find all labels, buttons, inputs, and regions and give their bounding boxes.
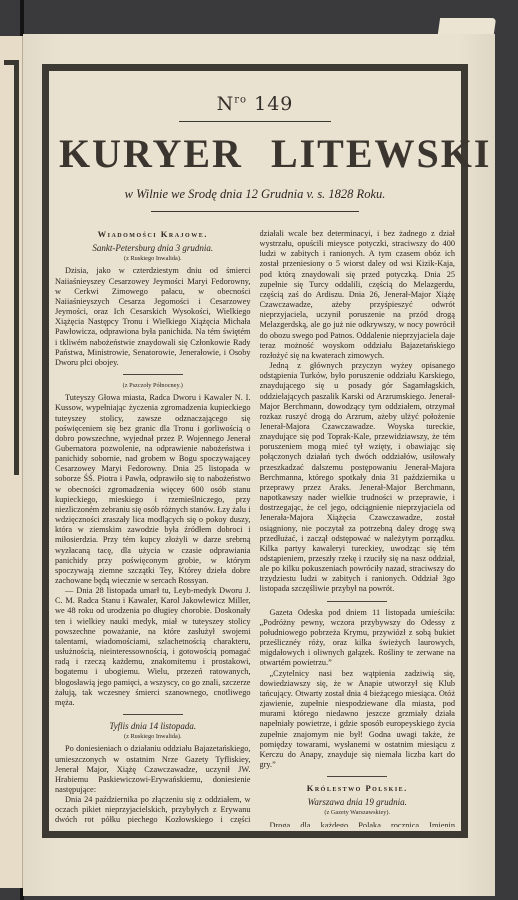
divider-rule xyxy=(327,776,387,777)
article-paragraph: Dnia 24 października po złączeniu się z … xyxy=(55,795,251,827)
text-columns: Wiadomości Krajowe. Sankt-Petersburg dni… xyxy=(55,229,455,827)
article-paragraph: Po doniesieniach o działaniu oddziału Ba… xyxy=(55,744,251,795)
article-paragraph: działali wcale bez determinacyi, i bez ż… xyxy=(260,229,456,361)
section-header: Królestwo Polskie. xyxy=(260,783,456,793)
masthead-word-2: LITEWSKI xyxy=(271,131,492,176)
divider-rule xyxy=(179,121,331,122)
divider-rule xyxy=(123,374,183,375)
masthead-word-1: KURYER xyxy=(59,131,243,176)
article-paragraph: Droga dla każdego Polaka rocznica Imieni… xyxy=(260,821,456,827)
article-paragraph: Jedną z głównych przyczyn wyżey opisaneg… xyxy=(260,361,456,595)
article-paragraph: Gazeta Odeska pod dniem 11 listopada umi… xyxy=(260,608,456,669)
divider-rule xyxy=(327,601,387,602)
masthead-title: KURYERLITEWSKI xyxy=(59,130,451,177)
article-paragraph: Tuteyszy Głowa miasta, Radca Dworu i Kaw… xyxy=(55,393,251,586)
source-note: (z Ruskiego Inwalida). xyxy=(55,732,251,742)
issue-number-value: 149 xyxy=(254,93,293,115)
article-paragraph: — Dnia 28 listopada umarł tu, Leyb-medyk… xyxy=(55,586,251,708)
source-note: (z Pszczoły Północney.) xyxy=(55,381,251,391)
dateline: w Wilnie we Srodę dnia 12 Grudnia v. s. … xyxy=(59,187,451,202)
issue-number-sup: ro xyxy=(234,95,247,106)
left-column: Wiadomości Krajowe. Sankt-Petersburg dni… xyxy=(55,229,251,827)
article-paragraph: Dzisia, jako w czterdziestym dniu od śmi… xyxy=(55,266,251,368)
dateline-place: Tyflis dnia 14 listopada. xyxy=(55,721,251,731)
previous-page-edge xyxy=(0,36,23,888)
previous-page-border xyxy=(4,60,19,475)
source-note: (z Ruskiego Inwalida). xyxy=(55,254,251,264)
source-note: (z Gazety Warszawskiey). xyxy=(260,808,456,818)
issue-number-prefix: N xyxy=(217,93,235,115)
dateline-place: Warszawa dnia 19 grudnia. xyxy=(260,797,456,807)
divider-rule xyxy=(123,714,183,715)
dateline-place: Sankt-Petersburg dnia 3 grudnia. xyxy=(55,243,251,253)
divider-rule xyxy=(151,211,359,212)
right-column: działali wcale bez determinacyi, i bez ż… xyxy=(260,229,456,827)
frame-content: Nro 149 KURYERLITEWSKI w Wilnie we Srodę… xyxy=(49,71,461,831)
section-header: Wiadomości Krajowe. xyxy=(55,229,251,239)
page-frame-border: Nro 149 KURYERLITEWSKI w Wilnie we Srodę… xyxy=(42,64,468,838)
article-paragraph: „Czytelnicy nasi bez wątpienia zadziwią … xyxy=(260,669,456,771)
issue-number: Nro 149 xyxy=(59,93,451,115)
